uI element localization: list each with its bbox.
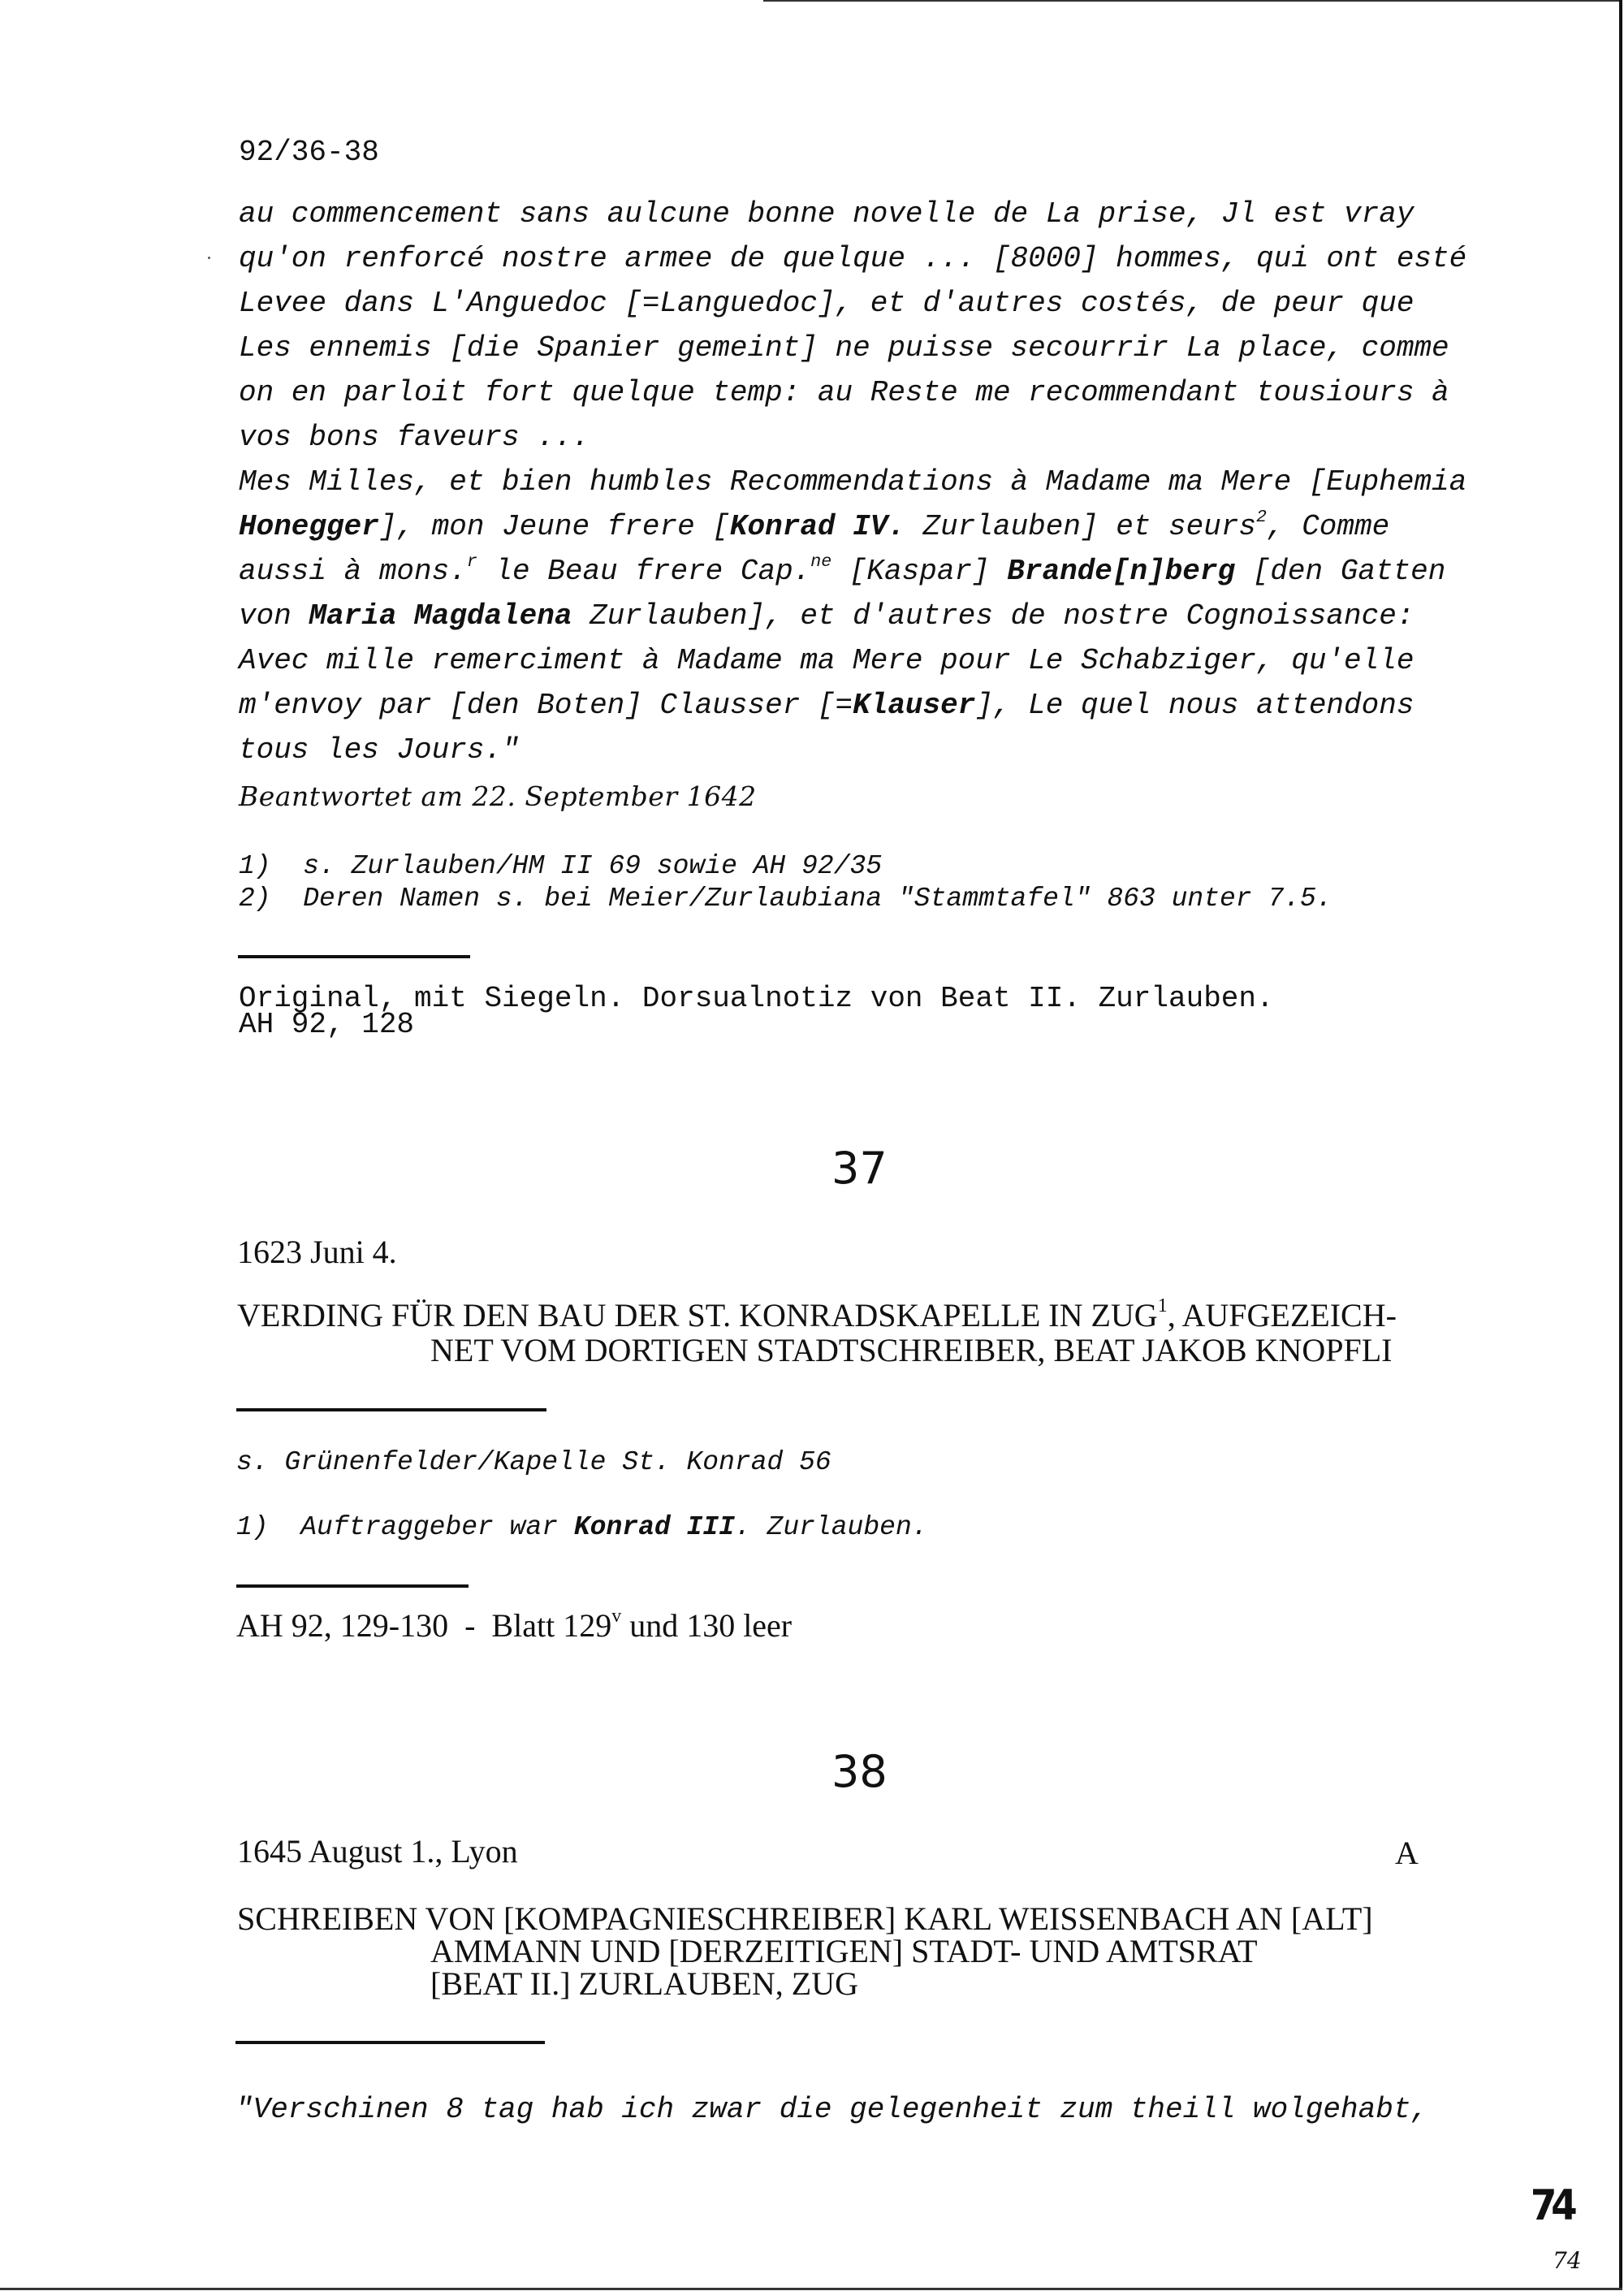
closing-line: Avec mille remerciment à Madame ma Mere … bbox=[239, 646, 1414, 676]
divider bbox=[238, 955, 470, 958]
document-title: [BEAT II.] ZURLAUBEN, ZUG bbox=[430, 1968, 858, 2000]
footnote: 1) s. Zurlauben/HM II 69 sowie AH 92/35 bbox=[239, 853, 882, 880]
page-edge-bottom bbox=[0, 2288, 1622, 2290]
closing-line: aussi à mons.r le Beau frere Cap.ne [Kas… bbox=[239, 557, 1445, 586]
footnote-ref: 1 bbox=[1158, 1295, 1168, 1316]
document-title: NET VOM DORTIGEN STADTSCHREIBER, BEAT JA… bbox=[430, 1334, 1392, 1367]
page-edge-right bbox=[1619, 0, 1622, 2289]
archive-reference: AH 92, 128 bbox=[239, 1010, 414, 1040]
divider bbox=[235, 2041, 545, 2044]
document-date: 1623 Juni 4. bbox=[237, 1236, 397, 1269]
archive-reference: AH 92, 129-130 - Blatt 129v und 130 leer bbox=[236, 1610, 792, 1642]
body-line: vos bons faveurs ... bbox=[239, 423, 590, 452]
document-title: SCHREIBEN VON [KOMPAGNIESCHREIBER] KARL … bbox=[237, 1903, 1373, 1935]
person-name: Maria Magdalena bbox=[309, 599, 572, 633]
body-line: "Verschinen 8 tag hab ich zwar die geleg… bbox=[235, 2095, 1428, 2125]
document-title: AMMANN UND [DERZEITIGEN] STADT- UND AMTS… bbox=[430, 1935, 1258, 1968]
body-line: on en parloit fort quelque temp: au Rest… bbox=[239, 378, 1449, 408]
literature-reference: s. Grünenfelder/Kapelle St. Konrad 56 bbox=[236, 1449, 831, 1476]
person-name: Konrad III bbox=[574, 1512, 735, 1542]
document-number: 38 bbox=[831, 1750, 888, 1794]
folio-stamp: 74 bbox=[1531, 2185, 1572, 2227]
footnote: 1) Auftraggeber war Konrad III. Zurlaube… bbox=[236, 1514, 928, 1541]
person-name: Honegger bbox=[239, 510, 379, 543]
body-line: Levee dans L'Anguedoc [=Languedoc], et d… bbox=[239, 289, 1414, 318]
divider bbox=[236, 1584, 469, 1588]
closing-line: Honegger], mon Jeune frere [Konrad IV. Z… bbox=[239, 512, 1389, 542]
body-line: au commencement sans aulcune bonne novel… bbox=[239, 200, 1414, 229]
person-name: Brande[n]berg bbox=[1007, 555, 1235, 588]
footnote-ref: 2 bbox=[1256, 508, 1267, 527]
page-edge-top bbox=[763, 0, 1622, 2]
person-name: Konrad IV. bbox=[730, 510, 905, 543]
footnote: 2) Deren Namen s. bei Meier/Zurlaubiana … bbox=[239, 885, 1332, 912]
person-name: Klauser bbox=[853, 689, 975, 722]
answered-note: Beantwortet am 22. September 1642 bbox=[239, 783, 757, 810]
document-page: 92/36-38 au commencement sans aulcune bo… bbox=[0, 0, 1624, 2291]
document-date: 1645 August 1., Lyon bbox=[237, 1835, 518, 1868]
page-reference: 92/36-38 bbox=[239, 138, 379, 167]
scan-speck bbox=[208, 257, 210, 259]
body-line: Les ennemis [die Spanier gemeint] ne pui… bbox=[239, 334, 1449, 363]
closing-line: Mes Milles, et bien humbles Recommendati… bbox=[239, 468, 1466, 497]
closing-line: m'envoy par [den Boten] Clausser [=Klaus… bbox=[239, 691, 1414, 720]
divider bbox=[236, 1408, 546, 1411]
closing-line: von Maria Magdalena Zurlauben], et d'aut… bbox=[239, 602, 1414, 631]
body-line: qu'on renforcé nostre armee de quelque .… bbox=[239, 244, 1466, 274]
document-number: 37 bbox=[831, 1147, 888, 1191]
document-title: VERDING FÜR DEN BAU DER ST. KONRADSKAPEL… bbox=[237, 1299, 1397, 1332]
folio-pencil-note: 74 bbox=[1553, 2250, 1582, 2272]
version-mark: A bbox=[1395, 1837, 1419, 1870]
closing-line: tous les Jours." bbox=[239, 736, 520, 765]
